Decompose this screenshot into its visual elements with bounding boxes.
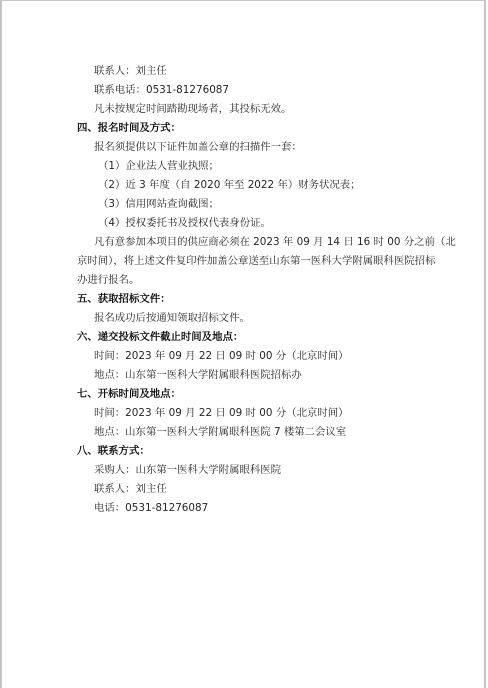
- requirement-item-2: （2）近 3 年度（自 2020 年至 2022 年）财务状况表；: [98, 178, 361, 192]
- section-5-text: 报名成功后按通知领取招标文件。: [94, 311, 250, 325]
- purchaser-line: 采购人：山东第一医科大学附属眼科医院: [94, 463, 281, 477]
- section-6-time: 时间：2023 年 09 月 22 日 09 时 00 分（北京时间）: [94, 349, 349, 363]
- section-6-heading: 六、递交投标文件截止时间及地点：: [77, 330, 243, 344]
- contact-phone-line: 联系电话：0531-81276087: [94, 83, 229, 97]
- section-5-heading: 五、获取招标文件：: [77, 292, 171, 306]
- document-page: 联系人：刘主任 联系电话：0531-81276087 凡未按规定时间踏勘现场者，…: [0, 0, 486, 688]
- section-7-heading: 七、开标时间及地点：: [77, 387, 181, 401]
- requirement-item-3: （3）信用网站查询截图；: [98, 197, 219, 211]
- registration-paragraph-line-3: 办进行报名。: [77, 273, 139, 287]
- requirement-item-1: （1）企业法人营业执照；: [98, 159, 219, 173]
- section-4-heading: 四、报名时间及方式：: [77, 121, 181, 135]
- requirement-item-4: （4）授权委托书及授权代表身份证。: [98, 216, 271, 230]
- section-7-place: 地点：山东第一医科大学附属眼科医院 7 楼第二会议室: [94, 425, 346, 439]
- registration-paragraph-line-2: 京时间），将上述文件复印件加盖公章送至山东第一医科大学附属眼科医院招标: [77, 254, 435, 268]
- contact-person-line: 联系人：刘主任: [94, 64, 167, 78]
- registration-paragraph-line-1: 凡有意参加本项目的供应商必须在 2023 年 09 月 14 日 16 时 00…: [94, 235, 456, 249]
- section-8-heading: 八、联系方式：: [77, 444, 150, 458]
- section-4-intro: 报名须提供以下证件加盖公章的扫描件一套：: [94, 140, 302, 154]
- section-8-contact-person: 联系人：刘主任: [94, 482, 167, 496]
- section-6-place: 地点：山东第一医科大学附属眼科医院招标办: [94, 368, 302, 382]
- section-7-time: 时间：2023 年 09 月 22 日 09 时 00 分（北京时间）: [94, 406, 349, 420]
- site-visit-note: 凡未按规定时间踏勘现场者，其投标无效。: [94, 102, 291, 116]
- section-8-phone: 电话：0531-81276087: [94, 501, 208, 515]
